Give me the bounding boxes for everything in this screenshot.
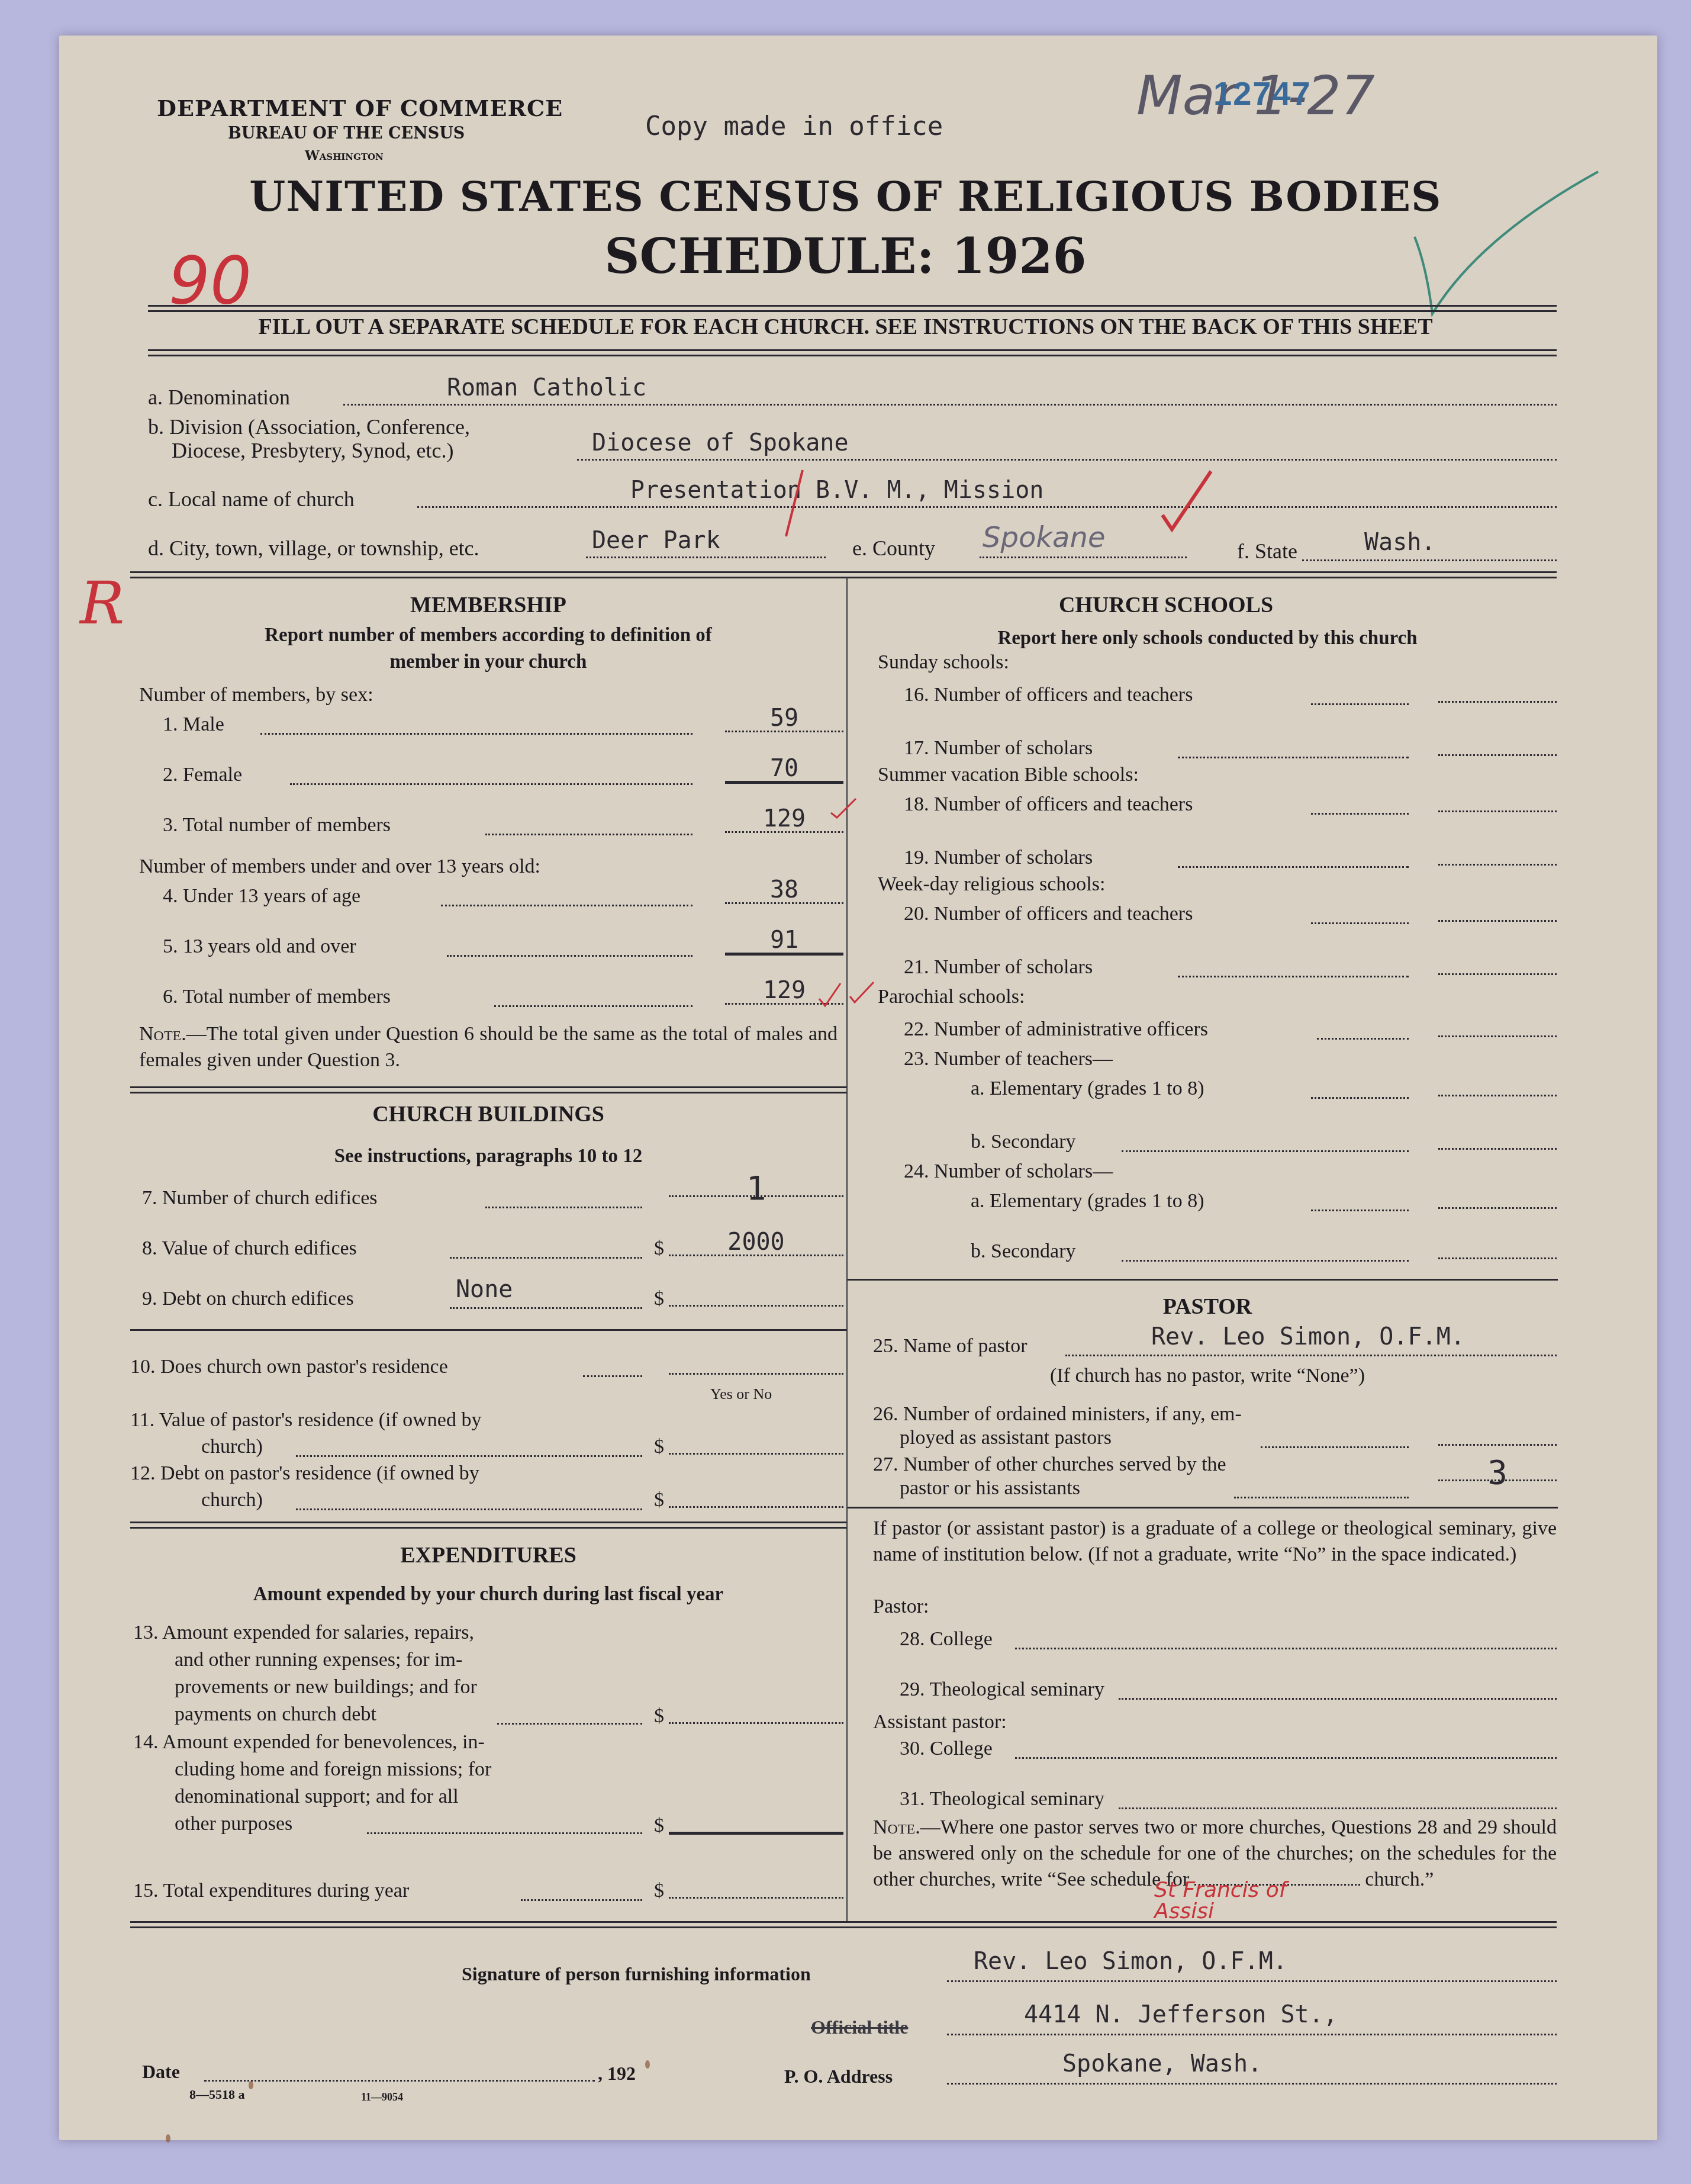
membership-subtitle-1: Report number of members according to de… (130, 625, 846, 646)
q15-label: 15. Total expenditures during year (133, 1877, 409, 1905)
q9-debt-value[interactable] (669, 1279, 843, 1307)
official-title-leader (947, 2028, 1557, 2035)
q17-value[interactable] (1438, 728, 1557, 756)
q8-leader (450, 1251, 642, 1259)
double-rule (130, 1086, 846, 1093)
paper-stain (645, 2060, 650, 2069)
q12-leader (296, 1503, 642, 1510)
q24b-leader (1122, 1254, 1409, 1262)
expenditures-subtitle: Amount expended by your church during la… (130, 1584, 846, 1606)
po-address-leader (947, 2077, 1557, 2085)
city-name: Washington (305, 148, 384, 163)
sunday-schools-label: Sunday schools: (878, 648, 1009, 677)
q3-leader (485, 828, 692, 835)
double-rule (148, 305, 1557, 312)
q13-currency: $ (654, 1702, 664, 1731)
denomination-label: a. Denomination (148, 385, 290, 409)
church-schools-title: CHURCH SCHOOLS (852, 592, 1480, 618)
copy-made-note: Copy made in office (645, 111, 943, 141)
q11-residence-value[interactable] (669, 1427, 843, 1455)
date-label: Date (142, 2057, 180, 2086)
note-prefix: Note. (873, 1816, 920, 1838)
q3-label: 3. Total number of members (163, 811, 391, 839)
q29-seminary-input (1119, 1692, 1557, 1700)
q24a-label: a. Elementary (grades 1 to 8) (971, 1187, 1204, 1215)
q3-total-value[interactable]: 129 (725, 805, 843, 833)
q6-leader (494, 999, 692, 1007)
q19-leader (1178, 860, 1409, 868)
q24b-label: b. Secondary (971, 1237, 1076, 1266)
q27-label-2: pastor or his assistants (900, 1474, 1080, 1503)
city-label: d. City, town, village, or township, etc… (148, 536, 479, 561)
membership-title: MEMBERSHIP (130, 592, 846, 618)
q5-label: 5. 13 years old and over (163, 932, 356, 961)
q19-value[interactable] (1438, 838, 1557, 866)
yes-or-no-hint: Yes or No (710, 1385, 772, 1403)
q4-label: 4. Under 13 years of age (163, 882, 360, 911)
q10-leader (583, 1369, 642, 1377)
q16-value[interactable] (1438, 675, 1557, 703)
q27-leader (1234, 1491, 1409, 1498)
double-rule (130, 571, 1557, 578)
q24a-value[interactable] (1438, 1181, 1557, 1209)
q21-leader (1178, 970, 1409, 977)
q25-hint: (If church has no pastor, write “None”) (852, 1362, 1563, 1390)
q22-leader (1317, 1032, 1409, 1040)
local-name-label: c. Local name of church (148, 487, 355, 512)
pastor-sub-label: Pastor: (873, 1593, 929, 1621)
q27-other-churches-value[interactable]: 3 (1438, 1453, 1557, 1481)
parochial-schools-label: Parochial schools: (878, 983, 1025, 1011)
q23b-leader (1122, 1144, 1409, 1152)
po-address-label: P. O. Address (784, 2062, 893, 2090)
county-label: e. County (852, 536, 935, 561)
q29-label: 29. Theological seminary (900, 1675, 1104, 1704)
q13-line-4: payments on church debt (133, 1701, 477, 1728)
double-rule (148, 349, 1557, 356)
q24-label: 24. Number of scholars— (904, 1157, 1113, 1186)
q15-leader (521, 1893, 642, 1901)
state-value[interactable]: Wash. (1364, 529, 1435, 556)
denomination-row: a. Denomination (148, 385, 290, 410)
q8-value-of-edifices[interactable]: 2000 (669, 1228, 843, 1256)
note-end: church.” (1365, 1868, 1434, 1890)
q13-line-3: provements or new buildings; and for (133, 1674, 477, 1701)
expenditures-title: EXPENDITURES (130, 1542, 846, 1568)
q9-label: 9. Debt on church edifices (142, 1285, 354, 1313)
q19-label: 19. Number of scholars (904, 844, 1093, 872)
print-code: 11—9054 (361, 2091, 403, 2103)
q22-label: 22. Number of administrative officers (904, 1015, 1208, 1044)
q23-label: 23. Number of teachers— (904, 1045, 1113, 1073)
q14-currency: $ (654, 1812, 664, 1840)
q13-label: 13. Amount expended for salaries, repair… (133, 1619, 477, 1728)
q1-label: 1. Male (163, 710, 224, 739)
q25-label: 25. Name of pastor (873, 1332, 1028, 1360)
q7-label: 7. Number of church edifices (142, 1184, 377, 1212)
q18-value[interactable] (1438, 784, 1557, 812)
by-age-label: Number of members under and over 13 year… (139, 853, 540, 881)
local-name-value[interactable]: Presentation B.V. M., Mission (630, 477, 1043, 504)
q21-value[interactable] (1438, 947, 1557, 975)
q18-label: 18. Number of officers and teachers (904, 790, 1193, 819)
q17-leader (1178, 751, 1409, 758)
q30-college-input (1015, 1751, 1557, 1759)
paper-stain (166, 2134, 170, 2143)
q10-owns-residence-value[interactable] (669, 1347, 843, 1375)
red-tick-icon (781, 468, 805, 539)
double-rule (130, 1921, 1557, 1928)
fill-out-instruction: FILL OUT A SEPARATE SCHEDULE FOR EACH CH… (0, 314, 1691, 340)
q9-none-note[interactable]: None (456, 1276, 513, 1303)
q13-leader (497, 1717, 642, 1725)
column-divider (846, 577, 848, 1921)
date-year: , 192 (598, 2059, 636, 2087)
q20-label: 20. Number of officers and teachers (904, 900, 1193, 928)
graduate-intro: If pastor (or assistant pastor) is a gra… (873, 1516, 1557, 1568)
q15-total-value[interactable] (669, 1871, 843, 1899)
handwritten-church-name: St Francis of Assisi (1154, 1880, 1344, 1922)
division-label-1: b. Division (Association, Conference, (148, 414, 470, 439)
q31-seminary-input (1119, 1802, 1557, 1809)
signature-leader (947, 1974, 1557, 1982)
q11-currency: $ (654, 1433, 664, 1461)
membership-note: Note.—The total given under Question 6 s… (139, 1021, 838, 1073)
q18-leader (1311, 807, 1409, 815)
denomination-value[interactable]: Roman Catholic (447, 374, 646, 401)
q14-line-3: denominational support; and for all (133, 1783, 491, 1810)
q1-leader (260, 727, 692, 735)
bureau-name: BUREAU OF THE CENSUS (228, 124, 465, 143)
q14-benevolences-value[interactable] (669, 1806, 843, 1835)
q7-leader (485, 1201, 642, 1208)
q23a-label: a. Elementary (grades 1 to 8) (971, 1075, 1204, 1103)
red-double-check-icon (817, 980, 876, 1009)
signature-value[interactable]: Rev. Leo Simon, O.F.M. (974, 1948, 1287, 1975)
q4-leader (441, 899, 692, 906)
q16-leader (1311, 697, 1409, 705)
q4-under-13-value[interactable]: 38 (725, 876, 843, 904)
q28-college-input (1015, 1642, 1557, 1649)
signature-label: Signature of person furnishing informati… (462, 1960, 811, 1988)
q9-currency: $ (654, 1285, 664, 1313)
q8-currency: $ (654, 1234, 664, 1263)
q28-label: 28. College (900, 1625, 993, 1654)
note-prefix: Note. (139, 1023, 186, 1045)
by-sex-label: Number of members, by sex: (139, 681, 373, 709)
q5-13-and-over-value[interactable]: 91 (725, 927, 843, 956)
church-schools-subtitle: Report here only schools conducted by th… (852, 628, 1563, 649)
q12-residence-debt-value[interactable] (669, 1480, 843, 1508)
membership-subtitle-2: member in your church (130, 651, 846, 673)
q13-line-2: and other running expenses; for im- (133, 1646, 477, 1674)
pastor-title: PASTOR (852, 1294, 1563, 1320)
date-input[interactable] (204, 2074, 595, 2082)
weekday-schools-label: Week-day religious schools: (878, 870, 1105, 899)
q2-female-value[interactable]: 70 (725, 755, 843, 784)
church-buildings-subtitle: See instructions, paragraphs 10 to 12 (130, 1146, 846, 1167)
q6-label: 6. Total number of members (163, 983, 391, 1011)
county-value[interactable]: Spokane (983, 521, 1105, 554)
official-title-value[interactable]: 4414 N. Jefferson St., (1024, 2001, 1338, 2028)
q11-label-1: 11. Value of pastor's residence (if owne… (130, 1406, 481, 1434)
q23a-value[interactable] (1438, 1069, 1557, 1096)
division-label-2: Diocese, Presbytery, Synod, etc.) (172, 438, 454, 463)
q13-expenses-value[interactable] (669, 1696, 843, 1724)
q12-label-2: church) (201, 1486, 263, 1514)
q12-label-1: 12. Debt on pastor's residence (if owned… (130, 1459, 479, 1488)
q15-currency: $ (654, 1877, 664, 1905)
red-check-icon (829, 796, 858, 820)
q23b-value[interactable] (1438, 1122, 1557, 1150)
q10-label: 10. Does church own pastor's residence (130, 1353, 448, 1381)
po-address-value[interactable]: Spokane, Wash. (1062, 2050, 1262, 2077)
department-name: DEPARTMENT OF COMMERCE (157, 95, 563, 121)
note-text: —The total given under Question 6 should… (139, 1023, 838, 1071)
q2-label: 2. Female (163, 761, 242, 789)
q21-label: 21. Number of scholars (904, 953, 1093, 982)
rule (848, 1507, 1558, 1508)
stamp-number: 12747 (1213, 74, 1312, 112)
q20-value[interactable] (1438, 894, 1557, 922)
assistant-pastor-label: Assistant pastor: (873, 1708, 1007, 1736)
q11-leader (296, 1449, 642, 1457)
division-value[interactable]: Diocese of Spokane (592, 429, 848, 456)
q13-line-1: 13. Amount expended for salaries, repair… (133, 1619, 477, 1646)
q31-label: 31. Theological seminary (900, 1785, 1104, 1813)
q14-line-2: cluding home and foreign missions; for (133, 1756, 491, 1783)
q1-male-value[interactable]: 59 (725, 705, 843, 732)
official-title-label: Official title (811, 2013, 908, 2041)
rule (848, 1279, 1558, 1281)
q24a-leader (1311, 1204, 1409, 1211)
q17-label: 17. Number of scholars (904, 734, 1093, 763)
state-label: f. State (1237, 539, 1297, 564)
q26-label-2: ployed as assistant pastors (900, 1424, 1112, 1452)
q26-assistant-pastors-value[interactable] (1438, 1418, 1557, 1446)
paper-stain (249, 2081, 253, 2089)
q14-leader (367, 1826, 642, 1834)
q26-leader (1261, 1440, 1409, 1448)
q12-currency: $ (654, 1486, 664, 1514)
q16-label: 16. Number of officers and teachers (904, 681, 1193, 709)
red-check-icon (1160, 468, 1213, 533)
q2-leader (290, 777, 692, 785)
form-number: 8—5518 a (189, 2087, 245, 2102)
church-buildings-title: CHURCH BUILDINGS (130, 1101, 846, 1127)
q22-value[interactable] (1438, 1009, 1557, 1037)
q14-label: 14. Amount expended for benevolences, in… (133, 1729, 491, 1838)
q23a-leader (1311, 1091, 1409, 1099)
double-rule (130, 1522, 846, 1529)
summer-schools-label: Summer vacation Bible schools: (878, 761, 1139, 789)
q11-label-2: church) (201, 1433, 263, 1461)
q23b-label: b. Secondary (971, 1128, 1076, 1156)
q8-label: 8. Value of church edifices (142, 1234, 357, 1263)
q14-line-1: 14. Amount expended for benevolences, in… (133, 1729, 491, 1756)
red-margin-mark: R (80, 568, 124, 638)
q25-pastor-name-value[interactable]: Rev. Leo Simon, O.F.M. (1151, 1323, 1465, 1350)
rule (130, 1329, 846, 1331)
q7-edifices-value[interactable]: 1 (669, 1169, 843, 1197)
q5-leader (447, 949, 692, 957)
q24b-value[interactable] (1438, 1231, 1557, 1259)
city-value[interactable]: Deer Park (592, 527, 720, 554)
q30-label: 30. College (900, 1735, 993, 1763)
q20-leader (1311, 916, 1409, 924)
